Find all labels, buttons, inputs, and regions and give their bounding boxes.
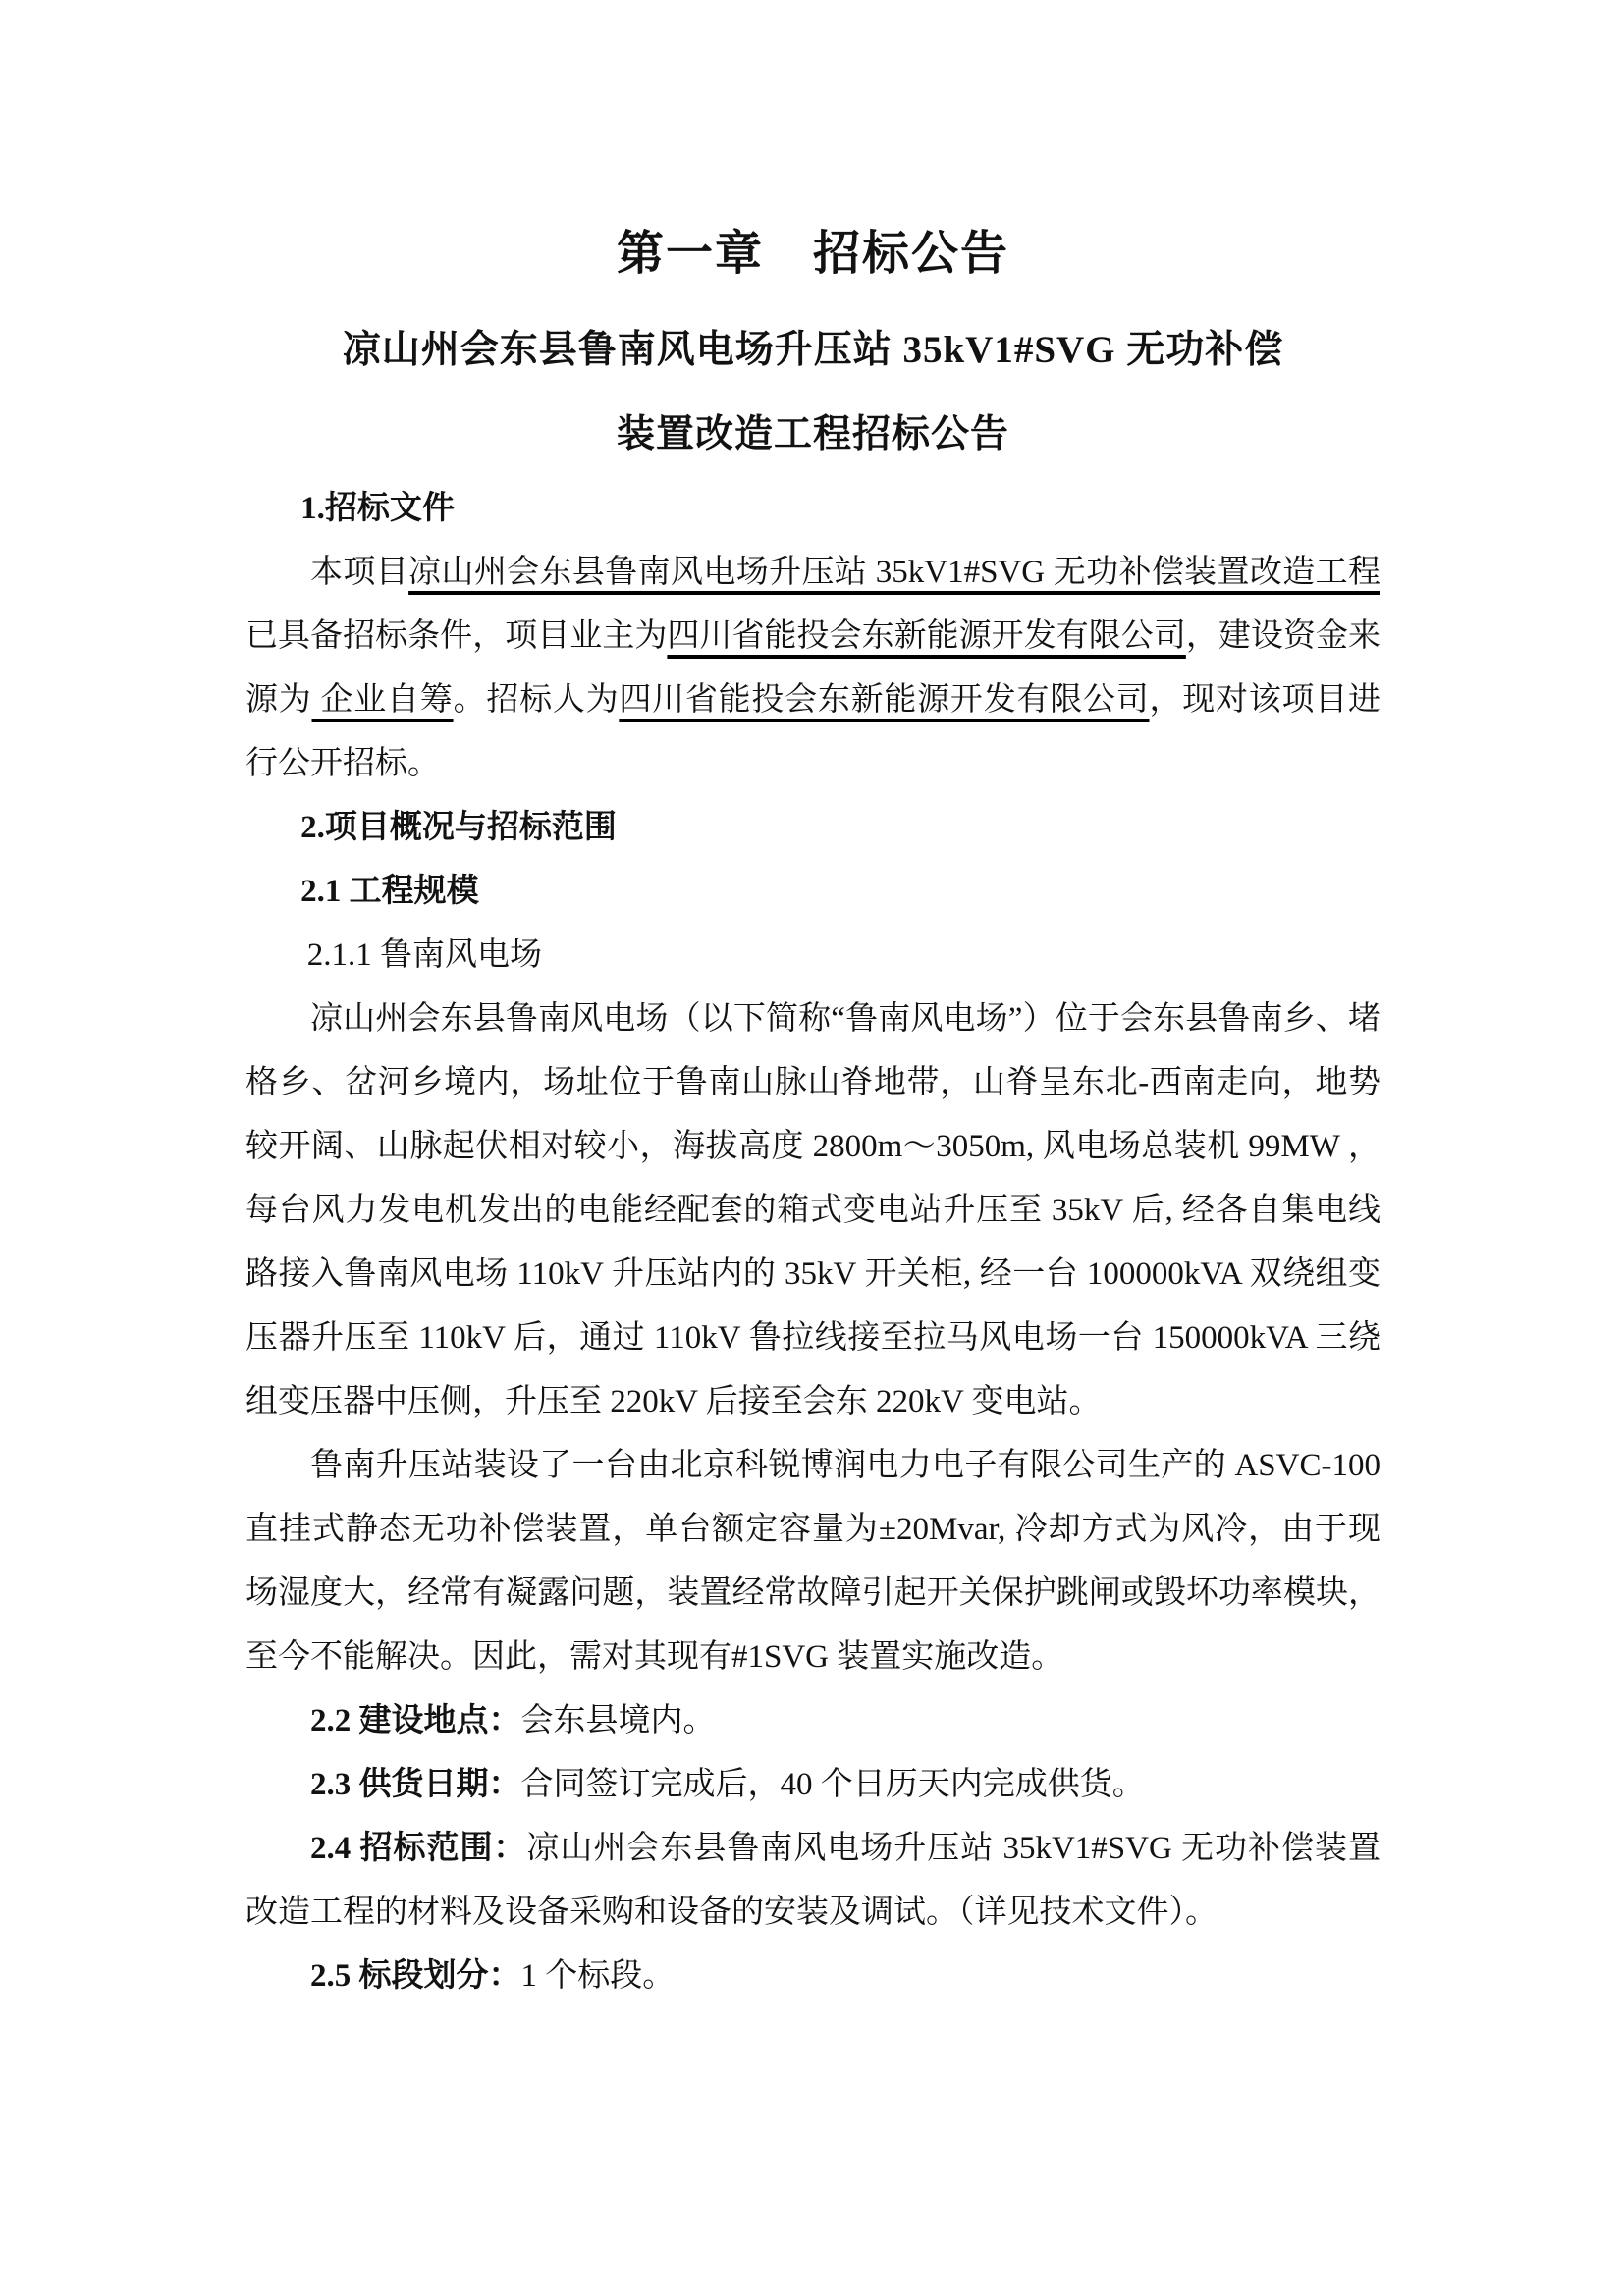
- seg-project-name-underlined: 凉山州会东县鲁南风电场升压站 35kV1#SVG 无功补偿装置改造工程: [408, 555, 1380, 590]
- section-2-3-text: 合同签订完成后，40 个日历天内完成供货。: [521, 1767, 1145, 1802]
- section-2-heading: 2.项目概况与招标范围: [245, 796, 1380, 860]
- document-subtitle: 凉山州会东县鲁南风电场升压站 35kV1#SVG 无功补偿装置改造工程招标公告: [245, 308, 1380, 477]
- chapter-title: 第一章 招标公告: [245, 226, 1380, 283]
- document-page: 第一章 招标公告 凉山州会东县鲁南风电场升压站 35kV1#SVG 无功补偿装置…: [0, 0, 1624, 2296]
- section-2-4-item: 2.4 招标范围：凉山州会东县鲁南风电场升压站 35kV1#SVG 无功补偿装置…: [245, 1817, 1380, 1945]
- section-2-5-item: 2.5 标段划分：1 个标段。: [245, 1945, 1380, 2008]
- section-1-paragraph: 本项目凉山州会东县鲁南风电场升压站 35kV1#SVG 无功补偿装置改造工程已具…: [245, 541, 1380, 796]
- section-2-2-text: 会东县境内。: [521, 1703, 716, 1738]
- section-2-1-1-paragraph-2: 鲁南升压站装设了一台由北京科锐博润电力电子有限公司生产的 ASVC-100 直挂…: [245, 1434, 1380, 1689]
- seg-tenderee-underlined: 四川省能投会东新能源开发有限公司: [619, 682, 1149, 718]
- section-2-1-1-heading: 2.1.1 鲁南风电场: [245, 924, 1380, 988]
- section-2-2-label: 2.2 建设地点：: [310, 1703, 521, 1738]
- section-2-5-text: 1 个标段。: [521, 1958, 676, 1994]
- seg-intro: 本项目: [310, 555, 408, 590]
- seg-mid3: 。招标人为: [454, 682, 620, 718]
- seg-funding-underlined: 企业自筹: [312, 682, 454, 718]
- seg-owner-underlined: 四川省能投会东新能源开发有限公司: [667, 618, 1185, 654]
- section-2-3-label: 2.3 供货日期：: [310, 1767, 521, 1802]
- seg-mid1: 已具备招标条件，项目业主为: [245, 618, 667, 654]
- section-2-1-heading: 2.1 工程规模: [245, 860, 1380, 924]
- section-1-heading: 1.招标文件: [245, 477, 1380, 541]
- section-2-3-item: 2.3 供货日期：合同签订完成后，40 个日历天内完成供货。: [245, 1753, 1380, 1817]
- document-body: 1.招标文件 本项目凉山州会东县鲁南风电场升压站 35kV1#SVG 无功补偿装…: [245, 477, 1380, 2008]
- subtitle-line-1: 凉山州会东县鲁南风电场升压站 35kV1#SVG 无功补偿: [245, 308, 1380, 393]
- section-2-1-1-paragraph-1: 凉山州会东县鲁南风电场（以下简称“鲁南风电场”）位于会东县鲁南乡、堵格乡、岔河乡…: [245, 988, 1380, 1434]
- subtitle-line-2: 装置改造工程招标公告: [245, 393, 1380, 477]
- section-2-5-label: 2.5 标段划分：: [310, 1958, 521, 1994]
- section-2-4-label: 2.4 招标范围：: [310, 1831, 526, 1866]
- section-2-2-item: 2.2 建设地点：会东县境内。: [245, 1689, 1380, 1753]
